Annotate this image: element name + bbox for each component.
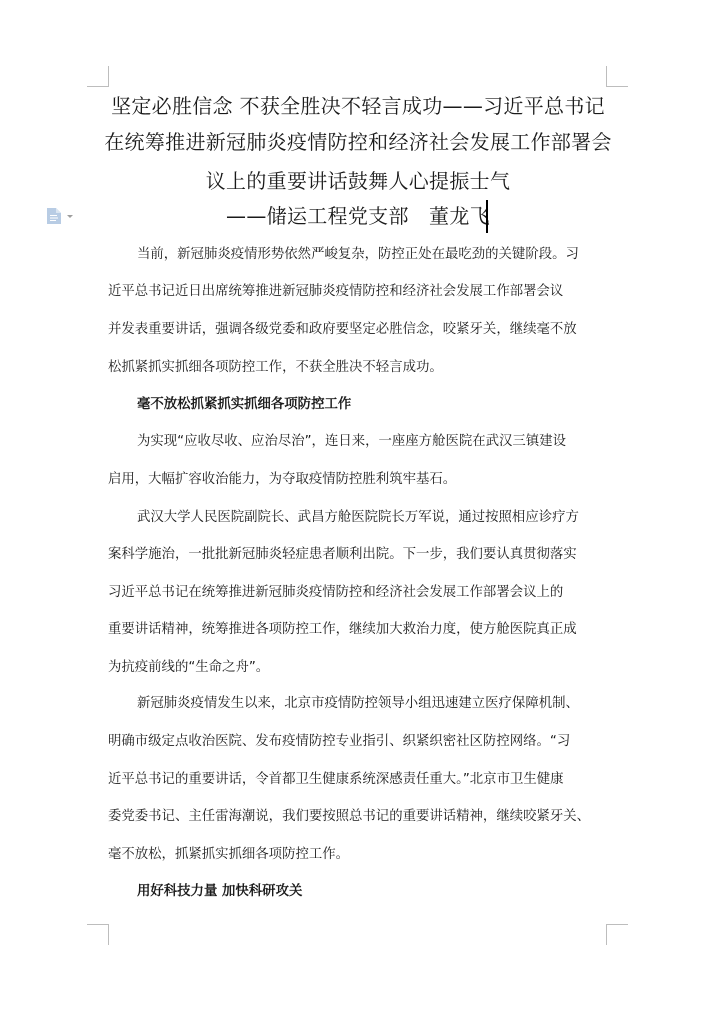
chevron-down-icon[interactable]	[67, 215, 73, 218]
section-heading: 毫不放松抓紧抓实抓细各项防控工作	[137, 395, 351, 415]
section-heading: 用好科技力量 加快科研攻关	[137, 882, 302, 902]
paragraph-line: 近平总书记近日出席统筹推进新冠肺炎疫情防控和经济社会发展工作部署会议	[108, 282, 563, 302]
paragraph-line: 为抗疫前线的“生命之舟”。	[108, 658, 269, 678]
paragraph-line: 为实现“应收尽收、应治尽治”，连日来，一座座方舱医院在武汉三镇建设	[137, 432, 566, 452]
paragraph-line: 重要讲话精神，统筹推进各项防控工作，继续加大救治力度，使方舱医院真正成	[108, 620, 577, 640]
paragraph-line: 明确市级定点收治医院、发布疫情防控专业指引、织紧织密社区防控网络。“习	[108, 732, 570, 752]
title-line-1: 坚定必胜信念 不获全胜决不轻言成功——习近平总书记	[100, 95, 616, 117]
paragraph-line: 当前，新冠肺炎疫情形势依然严峻复杂，防控正处在最吃劲的关键阶段。习	[137, 245, 579, 265]
margin-corner-bottom-left	[87, 924, 109, 945]
text-cursor	[486, 200, 488, 233]
paragraph-line: 并发表重要讲话，强调各级党委和政府要坚定必胜信念，咬紧牙关，继续毫不放	[108, 320, 577, 340]
title-line-2: 在统筹推进新冠肺炎疫情防控和经济社会发展工作部署会	[100, 131, 616, 153]
title-line-3: 议上的重要讲话鼓舞人心提振士气	[100, 170, 616, 192]
margin-corner-bottom-right	[606, 924, 628, 945]
paragraph-line: 武汉大学人民医院副院长、武昌方舱医院院长万军说，通过按照相应诊疗方	[137, 508, 579, 528]
paragraph-line: 近平总书记的重要讲话，令首都卫生健康系统深感责任重大。”北京市卫生健康	[108, 770, 564, 790]
paragraph-line: 新冠肺炎疫情发生以来，北京市疫情防控领导小组迅速建立医疗保障机制、	[137, 694, 579, 714]
byline: ——储运工程党支部 董龙飞	[100, 205, 616, 227]
document-icon[interactable]	[47, 208, 61, 224]
paragraph-line: 毫不放松，抓紧抓实抓细各项防控工作。	[108, 845, 349, 865]
paragraph-line: 案科学施治，一批批新冠肺炎轻症患者顺利出院。下一步，我们要认真贯彻落实	[108, 545, 577, 565]
margin-corner-top-left	[87, 66, 109, 87]
paragraph-line: 习近平总书记在统筹推进新冠肺炎疫情防控和经济社会发展工作部署会议上的	[108, 583, 563, 603]
paragraph-line: 启用，大幅扩容收治能力，为夺取疫情防控胜利筑牢基石。	[108, 470, 456, 490]
paragraph-line: 委党委书记、主任雷海潮说，我们要按照总书记的重要讲话精神，继续咬紧牙关、	[108, 807, 590, 827]
margin-corner-top-right	[606, 66, 628, 87]
paragraph-line: 松抓紧抓实抓细各项防控工作，不获全胜决不轻言成功。	[108, 358, 443, 378]
